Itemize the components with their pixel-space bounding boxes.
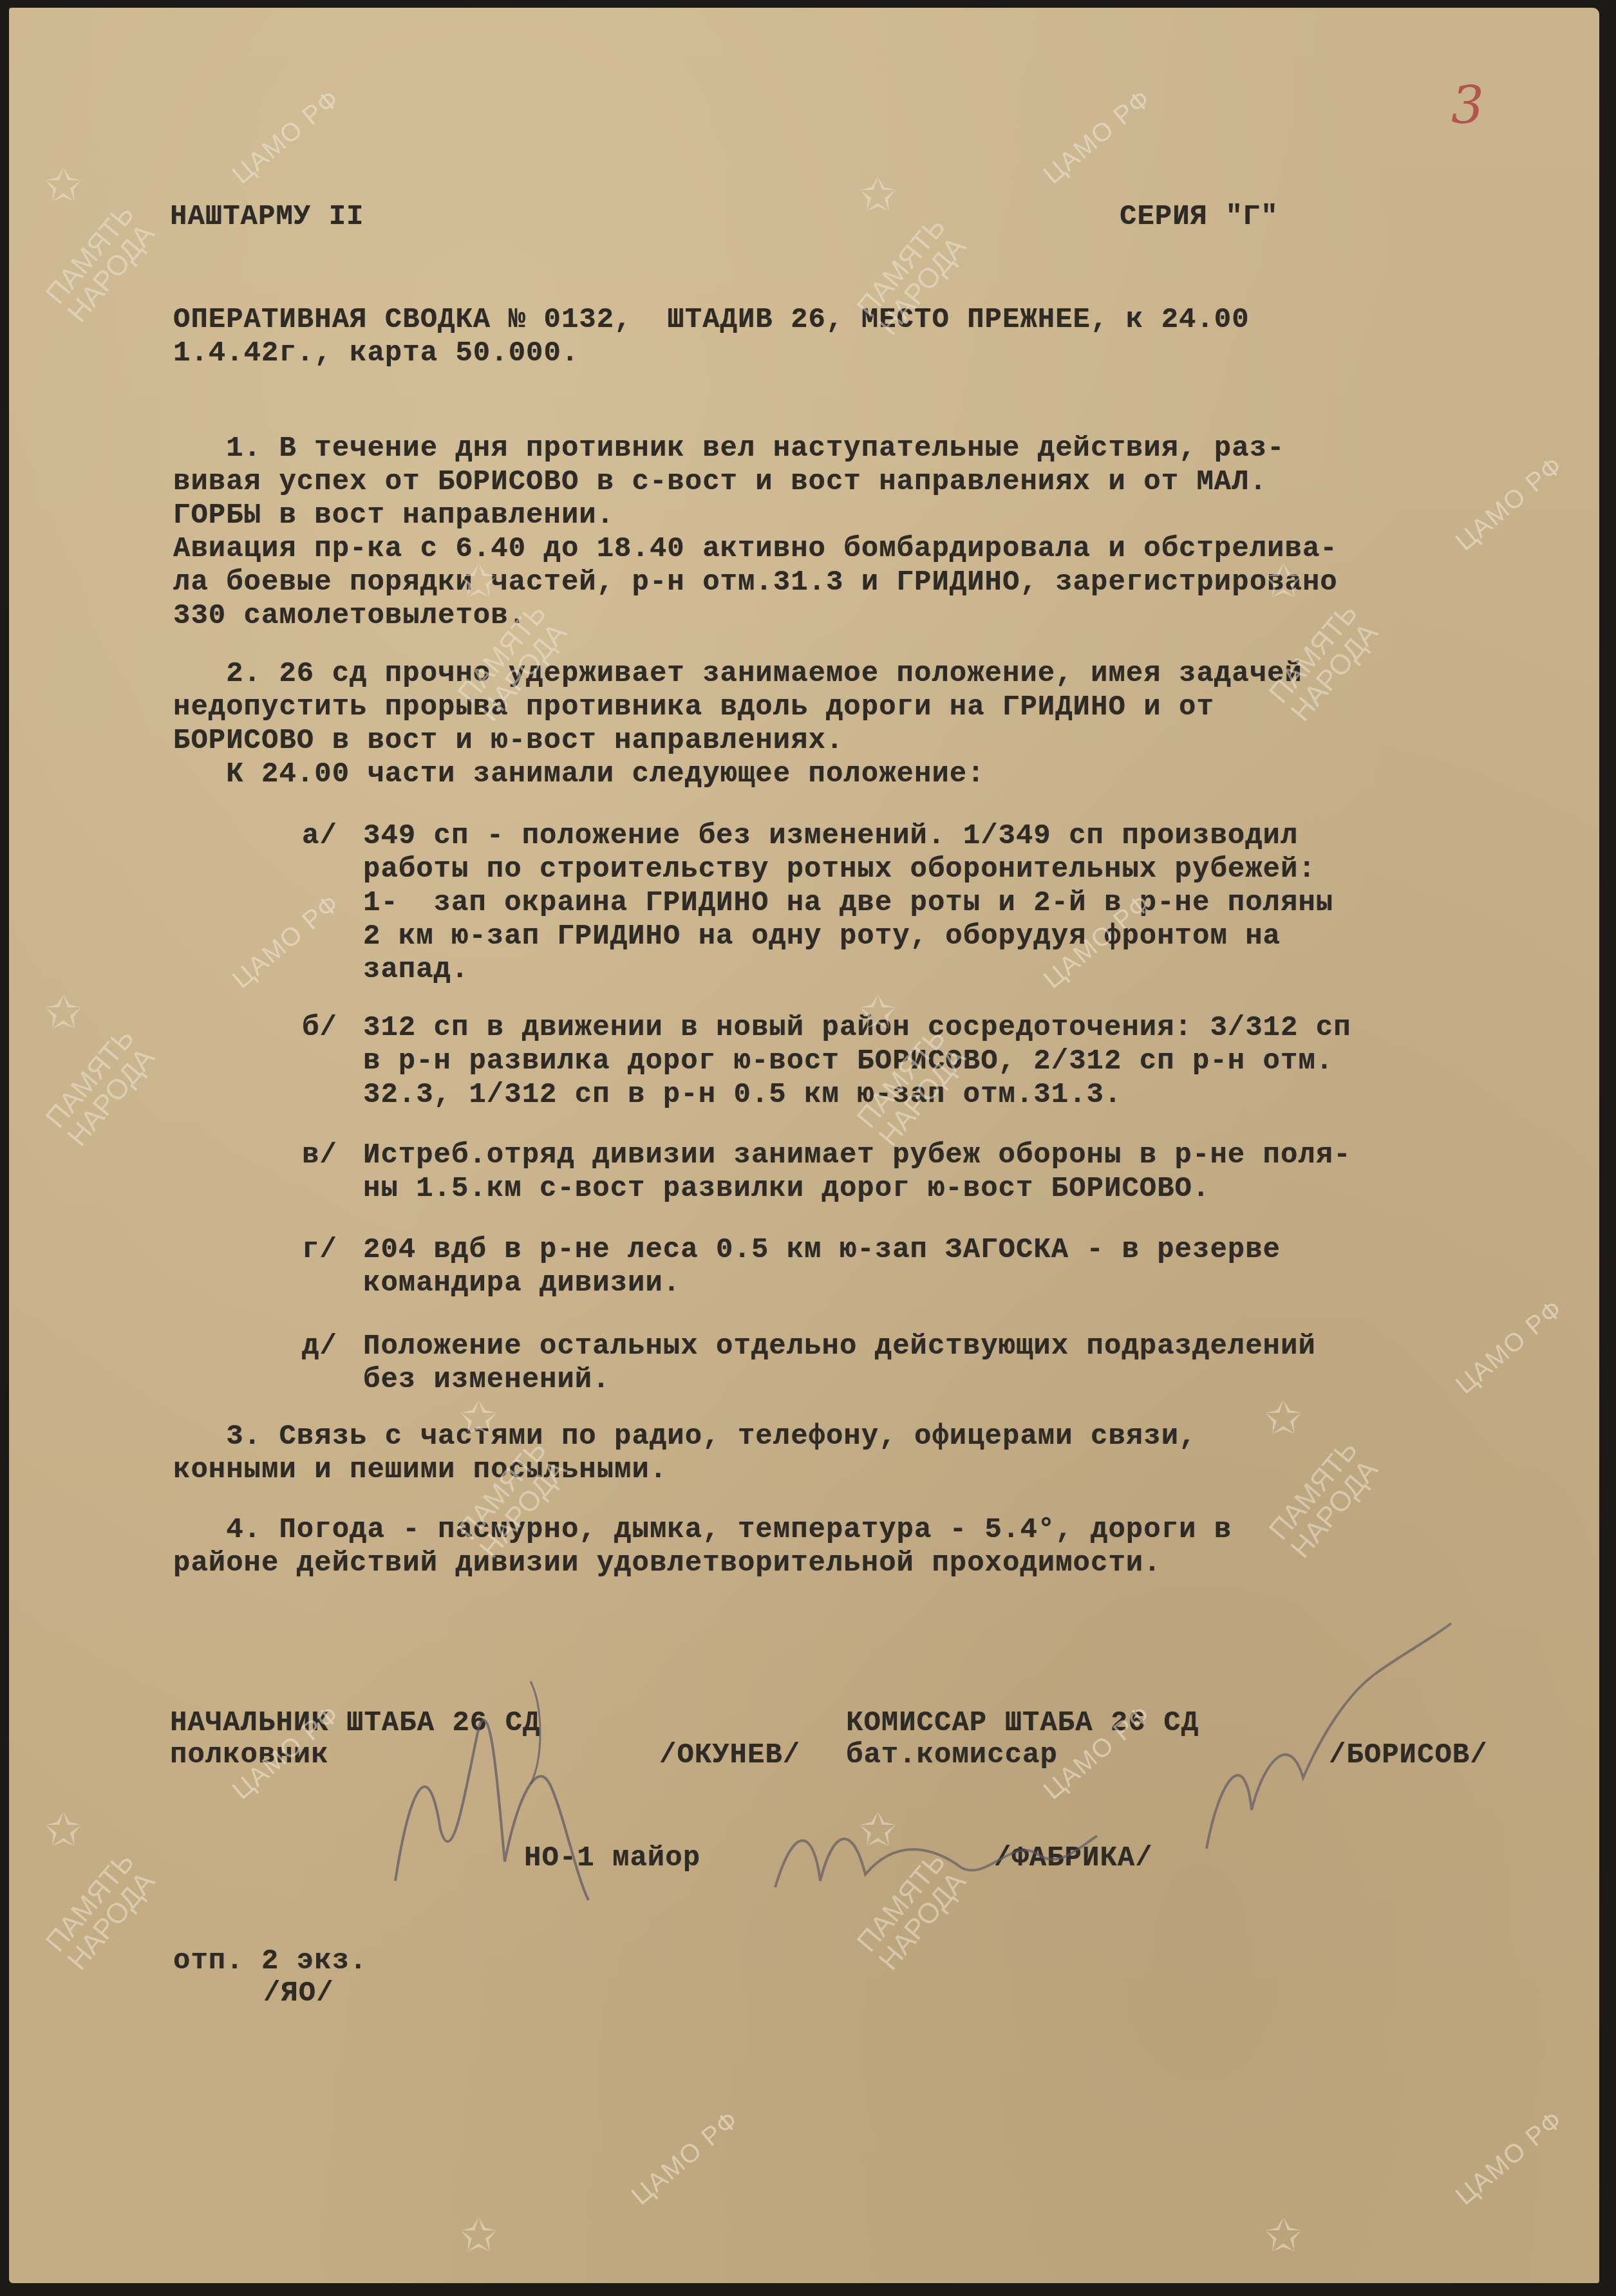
chief-of-staff-rank: полковник xyxy=(170,1739,329,1771)
item-v-line: ны 1.5.км с-вост развилки дорог ю-вост Б… xyxy=(363,1173,1210,1205)
star-icon: ✩ xyxy=(1264,1392,1302,1444)
watermark-project: ПАМЯТЬ НАРОДА xyxy=(41,1847,161,1975)
item-marker: д/ xyxy=(302,1330,337,1363)
star-icon: ✩ xyxy=(1264,2209,1302,2262)
section-1-line: Авиация пр-ка с 6.40 до 18.40 активно бо… xyxy=(173,533,1338,565)
handwritten-signature-okunev xyxy=(370,1668,659,1913)
star-icon: ✩ xyxy=(44,159,82,212)
commissar-title: КОМИССАР ШТАБА 26 СД xyxy=(846,1707,1199,1739)
chief-of-staff-title: НАЧАЛЬНИК ШТАБА 26 СД xyxy=(170,1707,541,1739)
title-line-1: ОПЕРАТИВНАЯ СВОДКА № 0132, ШТАДИВ 26, МЕ… xyxy=(173,304,1250,336)
item-marker: б/ xyxy=(302,1012,337,1044)
watermark-archive: ЦАМО РФ xyxy=(228,890,344,993)
star-icon: ✩ xyxy=(859,169,897,221)
item-a-line: запад. xyxy=(363,954,469,986)
watermark-archive: ЦАМО РФ xyxy=(1451,1295,1568,1399)
item-b-line: в р-н развилка дорог ю-вост БОРИСОВО, 2/… xyxy=(363,1045,1333,1078)
watermark-archive: ЦАМО РФ xyxy=(1451,2106,1568,2210)
item-marker: а/ xyxy=(302,820,337,852)
watermark-archive: ЦАМО РФ xyxy=(228,85,344,189)
copies-note: отп. 2 экз. xyxy=(173,1945,367,1977)
item-d-line: Положение остальных отдельно действующих… xyxy=(363,1330,1316,1363)
watermark-archive: ЦАМО РФ xyxy=(1451,452,1568,555)
section-1-line: 1. В течение дня противник вел наступате… xyxy=(173,433,1284,465)
watermark-archive: ЦАМО РФ xyxy=(627,2106,744,2210)
section-1-line: 330 самолетовылетов. xyxy=(173,600,526,632)
page-number: 3 xyxy=(1451,75,1484,135)
watermark-project: ПАМЯТЬ НАРОДА xyxy=(852,1847,972,1975)
item-a-line: 349 сп - положение без изменений. 1/349 … xyxy=(363,820,1298,852)
commissar-name: /БОРИСОВ/ xyxy=(1329,1739,1488,1771)
star-icon: ✩ xyxy=(44,986,82,1039)
section-2-line: БОРИСОВО в вост и ю-вост направлениях. xyxy=(173,725,843,757)
section-2-line: 2. 26 сд прочно удерживает занимаемое по… xyxy=(173,658,1302,690)
item-marker: в/ xyxy=(302,1139,337,1171)
watermark-project: ПАМЯТЬ НАРОДА xyxy=(41,200,161,327)
item-g-line: командира дивизии. xyxy=(363,1267,681,1300)
title-line-2: 1.4.42г., карта 50.000. xyxy=(173,337,579,369)
item-marker: г/ xyxy=(302,1234,337,1266)
item-b-line: 32.3, 1/312 сп в р-н 0.5 км ю-зап отм.31… xyxy=(363,1079,1122,1111)
star-icon: ✩ xyxy=(44,1804,82,1856)
item-d-line: без изменений. xyxy=(363,1364,610,1396)
watermark-project: ПАМЯТЬ НАРОДА xyxy=(41,1023,161,1151)
section-1-line: вивая успех от БОРИСОВО в с-вост и вост … xyxy=(173,466,1267,498)
item-a-line: 2 км ю-зап ГРИДИНО на одну роту, оборуду… xyxy=(363,920,1281,953)
addressee: НАШТАРМУ II xyxy=(170,201,364,233)
commissar-rank: бат.комиссар xyxy=(846,1739,1058,1771)
watermark-project: ПАМЯТЬ НАРОДА xyxy=(1264,1435,1384,1563)
section-4-line: районе действий дивизии удовлетворительн… xyxy=(173,1547,1161,1580)
document-sheet: 3 НАШТАРМУ II СЕРИЯ "Г" ОПЕРАТИВНАЯ СВОД… xyxy=(9,8,1599,2283)
star-icon: ✩ xyxy=(460,2209,498,2262)
section-3-line: конными и пешими посыльными. xyxy=(173,1454,667,1486)
star-icon: ✩ xyxy=(859,1804,897,1856)
section-2-line: недопустить прорыва противника вдоль дор… xyxy=(173,691,1214,723)
item-v-line: Истреб.отряд дивизии занимает рубеж обор… xyxy=(363,1139,1351,1171)
section-2-line: К 24.00 части занимали следующее положен… xyxy=(173,758,985,790)
typist-initials: /ЯО/ xyxy=(263,1977,334,2010)
section-1-line: ла боевые порядки частей, р-н отм.31.3 и… xyxy=(173,566,1338,599)
watermark-archive: ЦАМО РФ xyxy=(1039,85,1156,189)
section-1-line: ГОРБЫ в вост направлении. xyxy=(173,499,614,532)
chief-of-staff-name: /ОКУНЕВ/ xyxy=(659,1739,800,1771)
section-3-line: 3. Связь с частями по радио, телефону, о… xyxy=(173,1421,1196,1453)
ops-chief-rank: НО-1 майор xyxy=(524,1842,700,1874)
section-4-line: 4. Погода - пасмурно, дымка, температура… xyxy=(173,1514,1232,1546)
series-label: СЕРИЯ "Г" xyxy=(1120,201,1279,233)
item-b-line: 312 сп в движении в новый район сосредот… xyxy=(363,1012,1351,1044)
item-a-line: работы по строительству ротных обороните… xyxy=(363,854,1316,886)
item-a-line: 1- зап окраина ГРИДИНО на две роты и 2-й… xyxy=(363,887,1333,919)
ops-chief-name: /ФАБРИКА/ xyxy=(994,1842,1153,1874)
item-g-line: 204 вдб в р-не леса 0.5 км ю-зап ЗАГОСКА… xyxy=(363,1234,1281,1266)
